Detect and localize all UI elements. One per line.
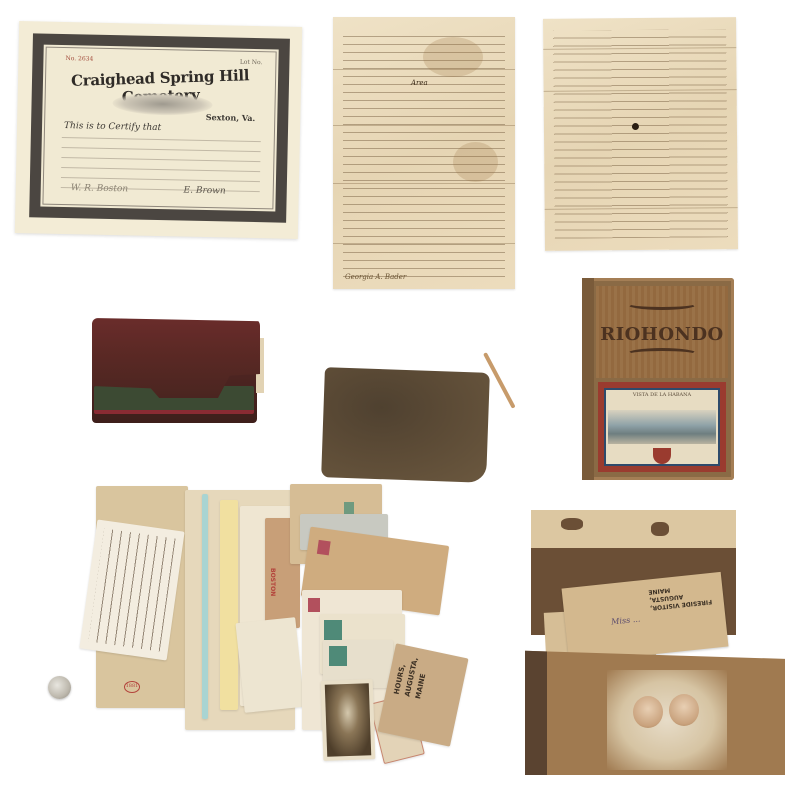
yellow-paper — [220, 500, 238, 710]
city-view-image — [608, 410, 716, 444]
white-envelope — [235, 617, 304, 713]
document-bundle: 1881 BOSTON HOURS, AUGUSTA, MAINE — [90, 480, 470, 770]
crest-icon — [653, 448, 671, 464]
cigar-brand: RIOHONDO — [596, 324, 728, 345]
label-caption: VISTA DE LA HABANA — [604, 392, 720, 398]
burn-hole — [632, 123, 639, 130]
certificate-border: No. 2634 Lot No. Craighead Spring Hill C… — [29, 33, 290, 222]
certificate-number: No. 2634 — [65, 55, 93, 63]
handwritten-note — [79, 520, 184, 661]
certificate-certify-text: This is to Certify that — [64, 121, 161, 133]
baby-face — [633, 696, 663, 728]
leather-pouch — [323, 370, 543, 485]
green-stamp — [344, 502, 354, 514]
handwritten-deed: Area Georgia A. Bader — [333, 17, 515, 289]
cigar-label: VISTA DE LA HABANA — [598, 382, 726, 472]
laurel-icon — [626, 298, 698, 310]
certificate-location: Sexton, Va. — [206, 112, 256, 123]
photo-image — [325, 683, 371, 756]
envelope-handwriting: Miss ... — [611, 615, 641, 627]
scale-coin — [48, 676, 71, 699]
fireside-visitor-envelope: FIRESIDE VISITOR, AUGUSTA, MAINE Miss ..… — [562, 572, 729, 663]
baby-faces-label — [607, 670, 727, 770]
laurel-icon — [626, 348, 698, 360]
fold-line — [333, 69, 515, 70]
teal-stamp — [324, 620, 342, 640]
letter-signature: Georgia A. Bader — [345, 273, 406, 281]
box-front — [525, 640, 785, 775]
baby-face — [669, 694, 699, 726]
red-stamp — [308, 598, 320, 612]
certificate-signature-right: E. Brown — [183, 186, 225, 197]
sepia-photograph — [321, 679, 376, 761]
red-leather-wallet — [92, 318, 260, 426]
certificate-signature-left: W. R. Boston — [71, 183, 129, 194]
red-stamp — [317, 540, 331, 556]
teal-stamp — [329, 646, 347, 666]
envelope-address: FIRESIDE VISITOR, AUGUSTA, MAINE — [647, 581, 712, 611]
stain — [453, 142, 498, 182]
pouch-body — [321, 367, 490, 483]
box-lid: RIOHONDO — [596, 286, 728, 378]
cemetery-certificate: No. 2634 Lot No. Craighead Spring Hill C… — [15, 21, 302, 239]
letter-word: Area — [411, 79, 428, 87]
paint-loss — [561, 518, 583, 530]
box-spine — [582, 278, 594, 480]
handwriting-lines — [88, 529, 175, 652]
paint-loss — [651, 522, 669, 536]
handwritten-letter — [543, 17, 738, 251]
fold-line — [333, 183, 515, 184]
stain — [423, 37, 483, 77]
riohondo-cigar-box: RIOHONDO VISTA DE LA HABANA — [582, 278, 734, 480]
boston-postmark: BOSTON — [269, 568, 276, 596]
blue-paper — [202, 494, 208, 719]
envelope-address: HOURS, AUGUSTA, MAINE — [392, 654, 433, 700]
fold-line — [333, 243, 515, 244]
fold-line — [333, 125, 515, 126]
red-seal-stamp: 1881 — [124, 681, 140, 693]
wooden-box: FIRESIDE VISITOR, AUGUSTA, MAINE Miss ..… — [525, 510, 790, 785]
